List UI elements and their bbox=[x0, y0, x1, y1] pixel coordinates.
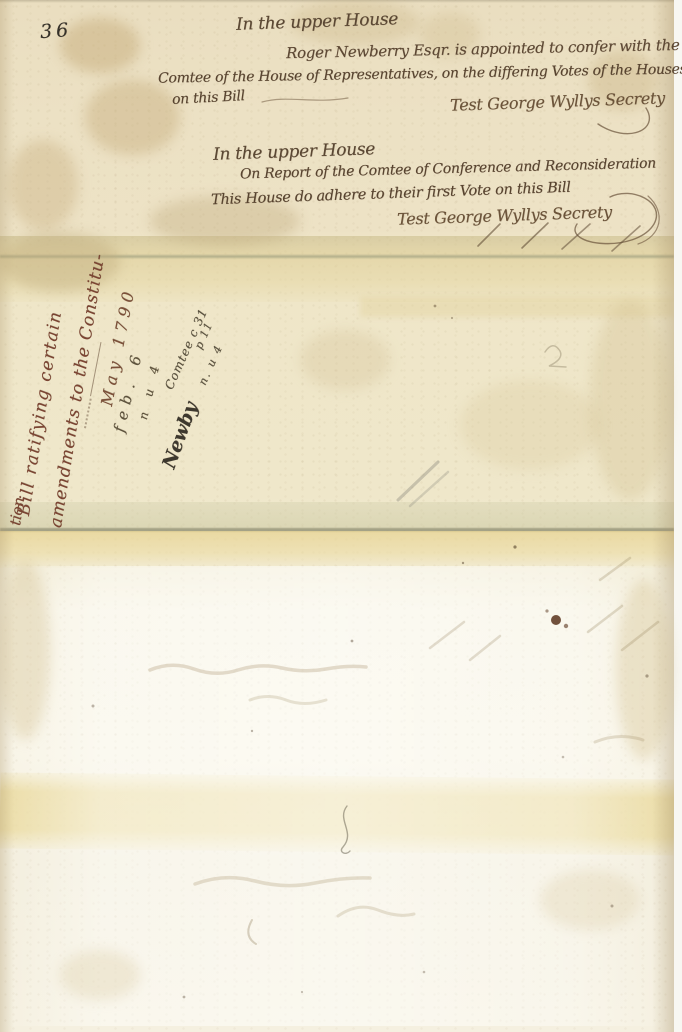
fold-band-middle-tan bbox=[0, 531, 674, 568]
stain bbox=[8, 140, 78, 230]
stain bbox=[85, 80, 180, 155]
folio-number: 36 bbox=[39, 19, 73, 43]
stain bbox=[460, 380, 600, 470]
stain bbox=[616, 580, 672, 760]
stain bbox=[60, 950, 140, 1000]
scan-margin bbox=[674, 0, 682, 1032]
stain bbox=[590, 300, 670, 500]
stain bbox=[300, 330, 390, 390]
stain bbox=[540, 870, 640, 930]
stain bbox=[0, 560, 50, 740]
manuscript-scan: 36 In the upper House Roger Newberry Esq… bbox=[0, 0, 682, 1032]
stain bbox=[60, 18, 140, 73]
